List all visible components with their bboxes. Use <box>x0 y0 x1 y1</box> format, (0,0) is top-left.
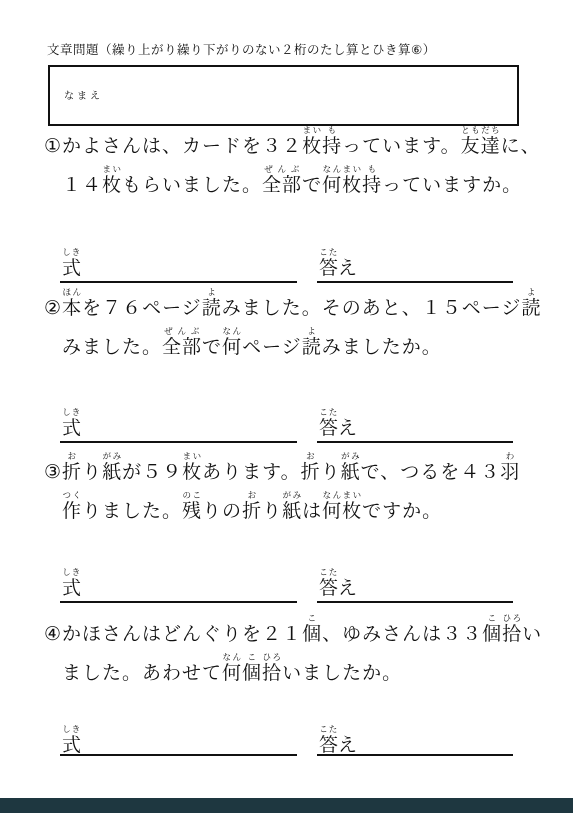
problem-4-text-1: かほさんはどんぐりを２１個こ、ゆみさんは３３個こ拾ひろい <box>62 623 542 645</box>
expression-blank-2[interactable]: 式しき <box>60 399 297 443</box>
answer-label: 答こたえ <box>319 725 357 756</box>
answer-blank-3[interactable]: 答こたえ <box>317 559 513 603</box>
problem-3-line-2: 作つくりました。残のこりの折おり紙がみは何枚なんまいですか。 <box>62 491 573 530</box>
answer-blank-1[interactable]: 答こたえ <box>317 239 513 283</box>
answer-label: 答こたえ <box>319 408 357 439</box>
answer-blank-2[interactable]: 答こたえ <box>317 399 513 443</box>
problem-1: ①かよさんは、カードを３２枚まい持もっています。友達ともだちに、 １４枚まいもら… <box>0 126 573 204</box>
bottom-edge-bar <box>0 798 573 813</box>
expression-label: 式しき <box>62 248 81 279</box>
problem-3-number: ③ <box>44 461 62 483</box>
problem-1-line-1: ①かよさんは、カードを３２枚まい持もっています。友達ともだちに、 <box>44 126 573 165</box>
answer-label: 答こたえ <box>319 248 357 279</box>
worksheet-title: 文章問題（繰り上がり繰り下がりのない２桁のたし算とひき算⑥） <box>47 40 436 58</box>
problem-1-line-2: １４枚まいもらいました。全部ぜんぶで何枚なんまい持もっていますか。 <box>62 165 573 204</box>
problem-2-line-1: ②本ほんを７６ページ読よみました。そのあと、１５ページ読よ <box>44 288 573 327</box>
answer-row-1: 式しき 答こたえ <box>0 241 573 283</box>
expression-blank-3[interactable]: 式しき <box>60 559 297 603</box>
problem-4: ④かほさんはどんぐりを２１個こ、ゆみさんは３３個こ拾ひろい ました。あわせて何な… <box>0 614 573 692</box>
problem-2-line-2: みました。全部ぜんぶで何なんページ読よみましたか。 <box>62 327 573 366</box>
problem-3: ③折おり紙がみが５９枚まいあります。折おり紙がみで、つるを４３羽わ 作つくりまし… <box>0 452 573 530</box>
name-label: なまえ <box>64 87 103 102</box>
expression-blank-4[interactable]: 式しき <box>60 712 297 756</box>
answer-row-2: 式しき 答こたえ <box>0 401 573 443</box>
problem-2-number: ② <box>44 297 62 319</box>
worksheet-page: { "page": { "title": "文章問題（繰り上がり繰り下がりのない… <box>0 0 573 813</box>
answer-blank-4[interactable]: 答こたえ <box>317 712 513 756</box>
problem-1-text-1: かよさんは、カードを３２枚まい持もっています。友達ともだちに、 <box>62 135 541 157</box>
expression-blank-1[interactable]: 式しき <box>60 239 297 283</box>
problem-2: ②本ほんを７６ページ読よみました。そのあと、１５ページ読よ みました。全部ぜんぶ… <box>0 288 573 366</box>
problem-3-line-1: ③折おり紙がみが５９枚まいあります。折おり紙がみで、つるを４３羽わ <box>44 452 573 491</box>
problem-4-line-1: ④かほさんはどんぐりを２１個こ、ゆみさんは３３個こ拾ひろい <box>44 614 573 653</box>
expression-label: 式しき <box>62 568 81 599</box>
problem-4-number: ④ <box>44 623 62 645</box>
answer-row-4: 式しき 答こたえ <box>0 714 573 756</box>
expression-label: 式しき <box>62 725 81 756</box>
name-input-box[interactable]: なまえ <box>48 65 519 126</box>
answer-label: 答こたえ <box>319 568 357 599</box>
problem-1-number: ① <box>44 135 62 157</box>
answer-row-3: 式しき 答こたえ <box>0 561 573 603</box>
problem-3-text-1: 折おり紙がみが５９枚まいあります。折おり紙がみで、つるを４３羽わ <box>62 461 520 483</box>
problem-4-line-2: ました。あわせて何なん個こ拾ひろいましたか。 <box>62 653 573 692</box>
problem-2-text-1: 本ほんを７６ページ読よみました。そのあと、１５ページ読よ <box>62 297 541 319</box>
expression-label: 式しき <box>62 408 81 439</box>
